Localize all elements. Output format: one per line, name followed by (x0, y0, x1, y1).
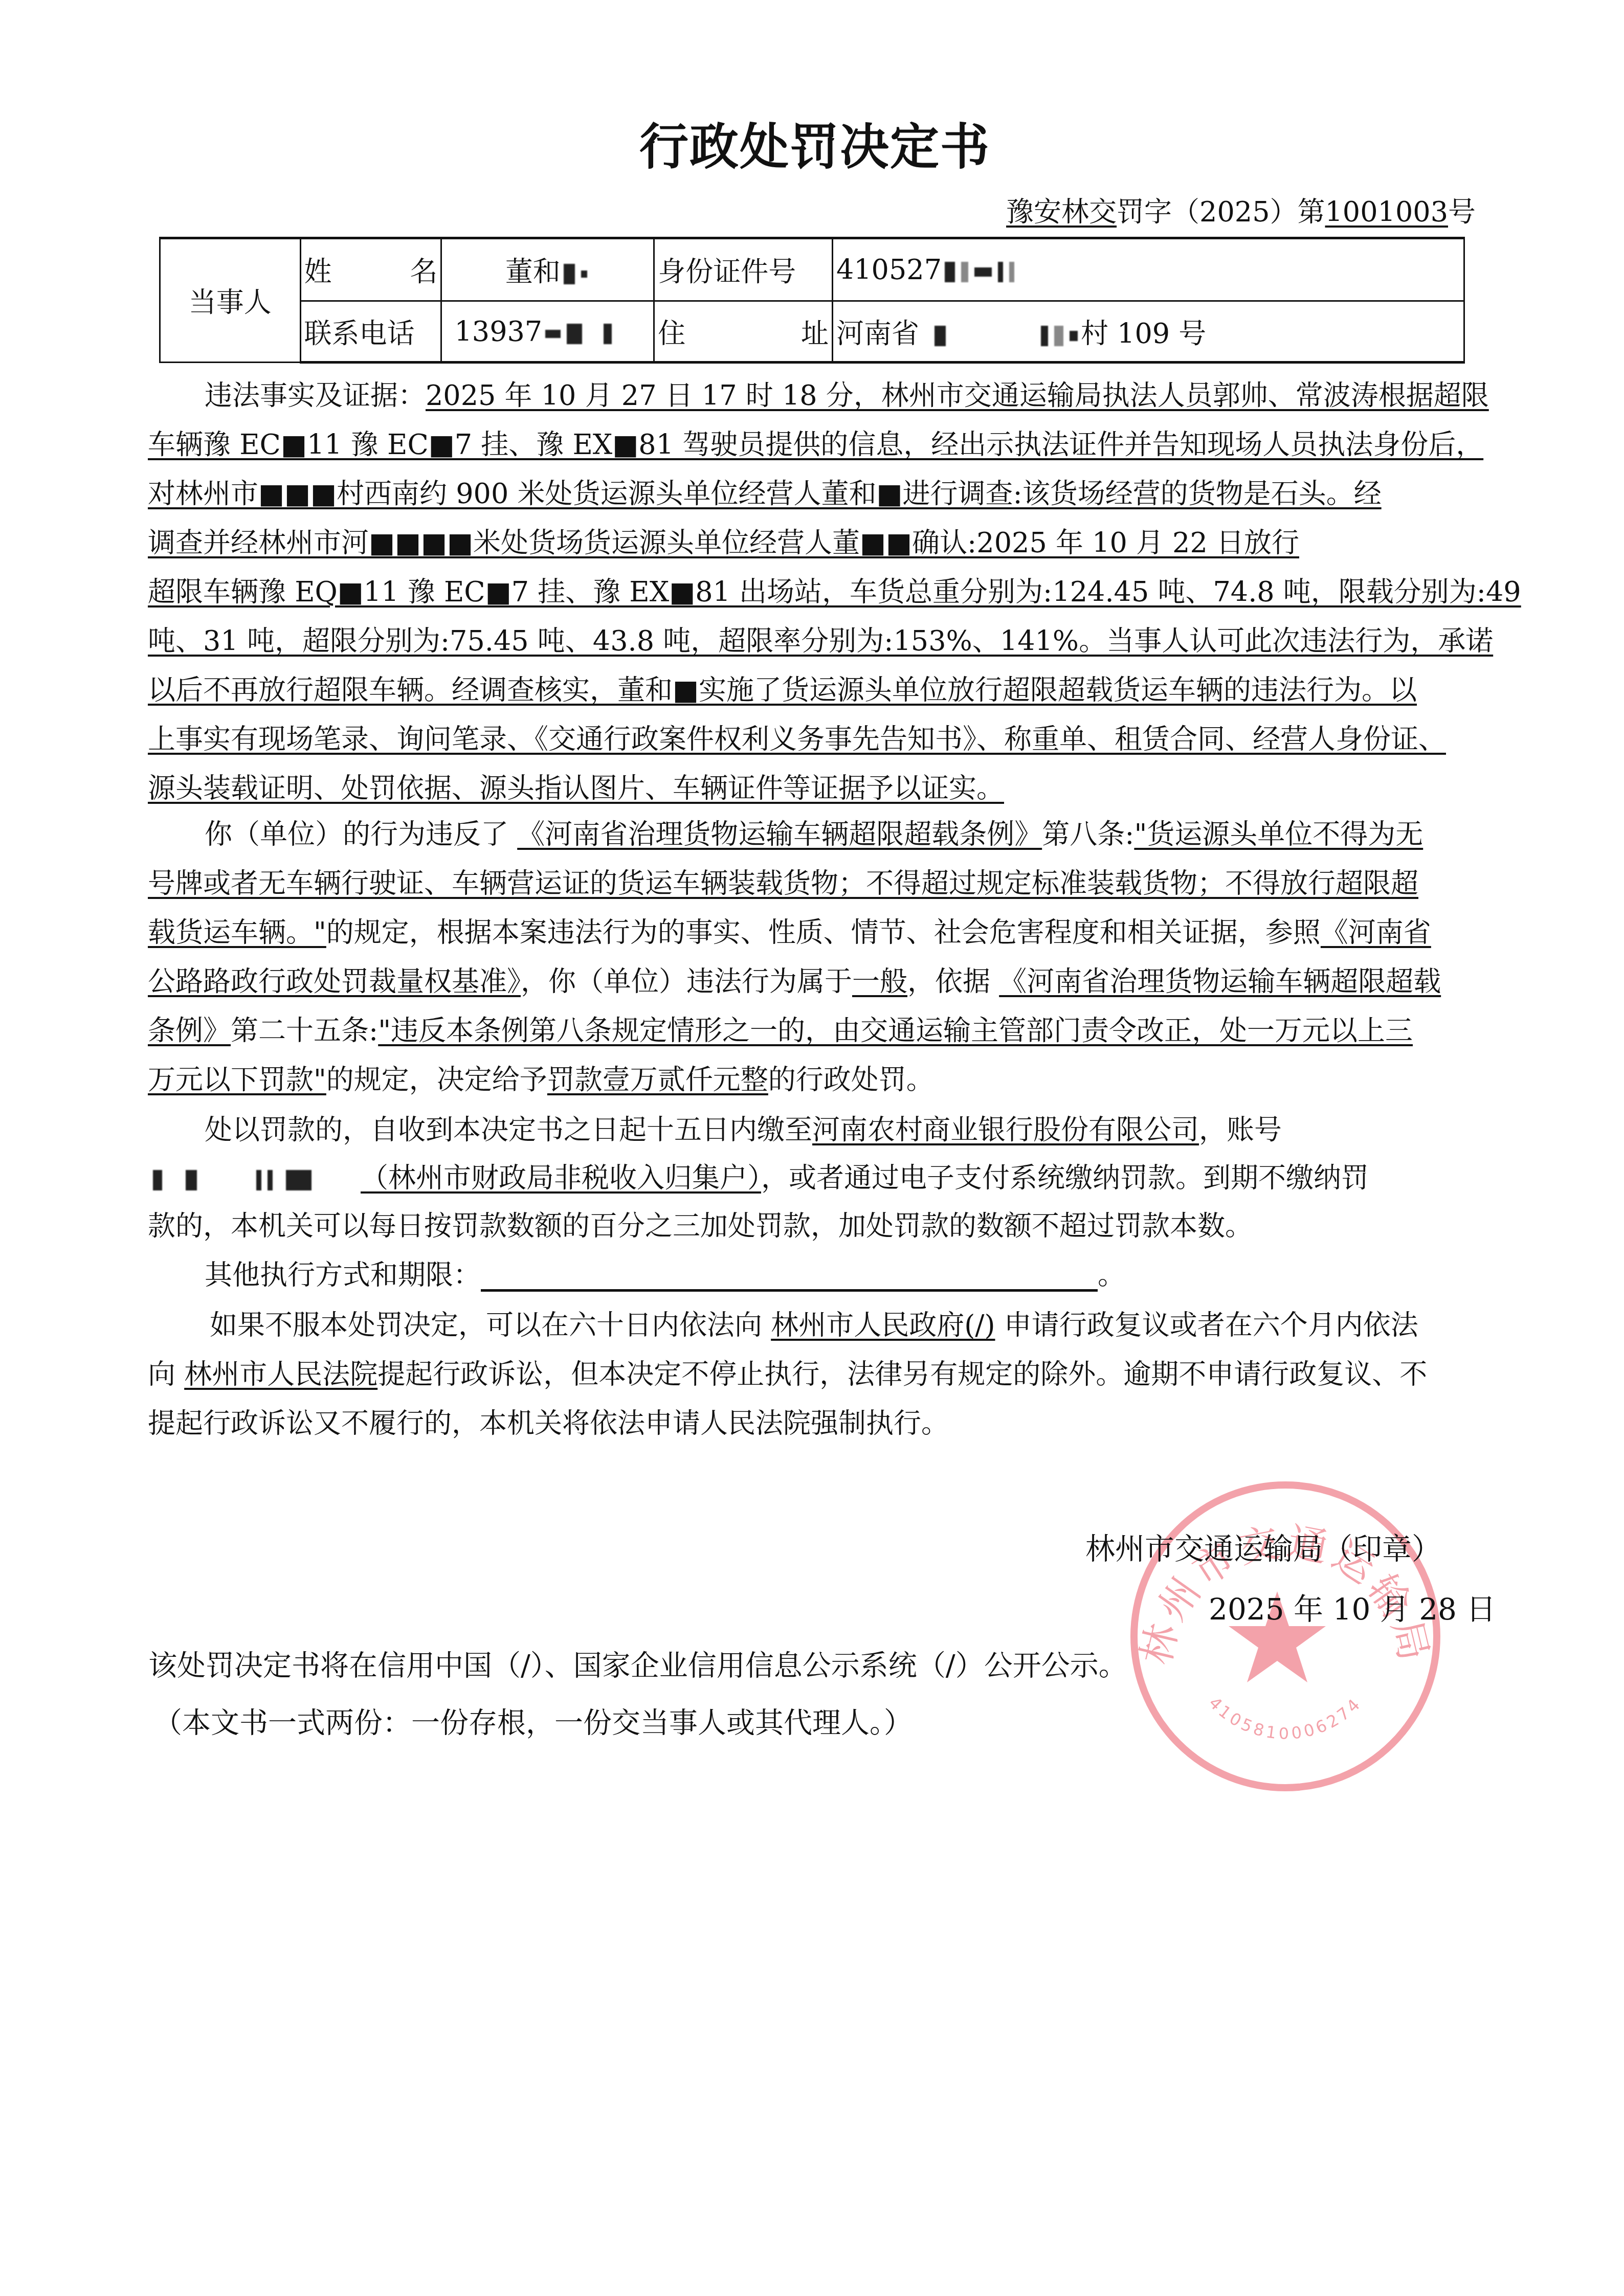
facts-text: 上事实有现场笔录、询问笔录、《交通行政案件权利义务事先告知书》、称重单、租赁合同… (148, 723, 1446, 755)
text: 第二十五条: (231, 1015, 378, 1047)
redaction-block (961, 262, 968, 282)
facts-line-7: 以后不再放行超限车辆。经调查核实，董和■实施了货运源头单位放行超限超载货运车辆的… (148, 674, 1417, 707)
text: ，或者通过电子支付系统缴纳罚款。到期不缴纳罚 (761, 1162, 1369, 1194)
facts-line-6: 吨、31 吨，超限分别为:75.45 吨、43.8 吨，超限率分别为:153%、… (148, 625, 1493, 658)
facts-text: 2025 年 10 月 27 日 17 时 18 分，林州市交通运输局执法人员郭… (426, 379, 1489, 412)
facts-line-1: 违法事实及证据：2025 年 10 月 27 日 17 时 18 分，林州市交通… (205, 379, 1489, 412)
id-value: 410527 (832, 238, 1464, 301)
facts-text: 车辆豫 EC■11 豫 EC■7 挂、豫 EX■81 驾驶员提供的信息，经出示执… (148, 429, 1483, 461)
payment-line-1: 处以罚款的，自收到本决定书之日起十五日内缴至河南农村商业银行股份有限公司，账号 (205, 1114, 1282, 1146)
redaction-block (1009, 262, 1014, 282)
facts-text: 以后不再放行超限车辆。经调查核实，董和■实施了货运源头单位放行超限超载货运车辆的… (148, 674, 1417, 706)
redaction-block (998, 262, 1003, 282)
appeal-line-1: 如果不服本处罚决定，可以在六十日内依法向 林州市人民政府(/) 申请行政复议或者… (210, 1309, 1418, 1342)
redaction-block (945, 262, 955, 282)
text: 的行政处罚。 (768, 1064, 934, 1096)
text: 。 (1098, 1259, 1125, 1291)
regulation-title: 公路路政行政处罚裁量权基准》 (148, 965, 521, 998)
redaction-block (186, 1170, 197, 1190)
text: 提起行政诉讼，但本决定不停止执行，法律另有规定的除外。逾期不申请行政复议、不 (377, 1358, 1427, 1390)
facts-line-3: 对林州市■■■村西南约 900 米处货运源头单位经营人董和■进行调查:该货场经营… (148, 478, 1382, 510)
address-label-a: 住 (658, 312, 685, 351)
facts-line-5: 超限车辆豫 EQ■11 豫 EC■7 挂、豫 EX■81 出场站，车货总重分别为… (148, 576, 1521, 609)
text: 申请行政复议或者在六个月内依法 (1004, 1309, 1418, 1341)
doc-number-middle: 罚字（2025）第 (1117, 196, 1325, 228)
phone-label: 联系电话 (300, 301, 441, 363)
doc-number-value: 1001003 (1325, 196, 1449, 228)
facts-text: 调查并经林州市河■■■■米处货场货运源头单位经营人董■■确认:2025 年 10… (148, 527, 1299, 559)
facts-line-9: 源头装载证明、处罚依据、源头指认图片、车辆证件等证据予以证实。 (148, 772, 1004, 805)
redaction-block (153, 1170, 162, 1190)
account-name: （林州市财政局非税收入归集户） (361, 1162, 761, 1194)
appeal-line-3: 提起行政诉讼又不履行的，本机关将依法申请人民法院强制执行。 (148, 1407, 949, 1440)
quoted-clause: 万元以下罚款" (148, 1064, 326, 1096)
regulation-title: 《河南省 (1321, 916, 1431, 949)
name-label-b: 名 (410, 250, 437, 289)
party-row-header: 当事人 (160, 238, 301, 363)
violation-line-3: 载货运车辆。"的规定，根据本案违法行为的事实、性质、情节、社会危害程度和相关证据… (148, 916, 1431, 949)
facts-text: 超限车辆豫 EQ■11 豫 EC■7 挂、豫 EX■81 出场站，车货总重分别为… (148, 576, 1521, 608)
address-label: 住址 (654, 301, 833, 363)
quoted-clause: "违反本条例第八条规定情形之一的，由交通运输主管部门责令改正，处一万元以上三 (378, 1015, 1413, 1047)
document-number: 豫安林交罚字（2025）第1001003号 (1006, 194, 1476, 230)
facts-line-4: 调查并经林州市河■■■■米处货场货运源头单位经营人董■■确认:2025 年 10… (148, 527, 1299, 559)
penalty-amount: 罚款壹万贰仟元整 (547, 1064, 768, 1096)
doc-number-prefix: 豫安林交 (1006, 196, 1117, 228)
redaction-block (545, 330, 561, 338)
text: 的规定，根据本案违法行为的事实、性质、情节、社会危害程度和相关证据，参照 (326, 916, 1321, 949)
address-start: 河南省 (836, 318, 919, 350)
facts-text: 对林州市■■■村西南约 900 米处货运源头单位经营人董和■进行调查:该货场经营… (148, 478, 1382, 510)
text: 向 (148, 1358, 175, 1390)
violation-severity: 一般 (852, 965, 907, 998)
other-execution-line: 其他执行方式和期限：。 (205, 1259, 1125, 1292)
other-execution-label: 其他执行方式和期限： (205, 1259, 481, 1291)
issue-date: 2025 年 10 月 28 日 (1209, 1591, 1496, 1627)
quoted-clause: 载货运车辆。" (148, 916, 326, 949)
address-label-b: 址 (801, 312, 829, 351)
text: 处以罚款的，自收到本决定书之日起十五日内缴至 (205, 1114, 812, 1146)
redaction-block (567, 324, 582, 344)
address-end: 村 109 号 (1081, 318, 1206, 350)
text: ，依据 (907, 965, 990, 998)
text: 的规定，决定给予 (326, 1064, 547, 1096)
id-text: 410527 (836, 254, 942, 286)
official-seal-icon: 林州市交通运输局 4105810006274 (1128, 1479, 1443, 1794)
facts-text: 源头装载证明、处罚依据、源头指认图片、车辆证件等证据予以证实。 (148, 772, 1004, 804)
violation-line-5: 条例》第二十五条:"违反本条例第八条规定情形之一的，由交通运输主管部门责令改正，… (148, 1015, 1413, 1047)
name-value: 董和 (441, 238, 654, 301)
regulation-title: 《河南省治理货物运输车辆超限超载条例》 (517, 818, 1042, 850)
text: 如果不服本处罚决定，可以在六十日内依法向 (210, 1309, 762, 1341)
redaction-block (268, 1170, 273, 1190)
text: 第八条: (1042, 818, 1134, 850)
payment-line-3: 款的，本机关可以每日按罚款数额的百分之三加处罚款，加处罚款的数额不超过罚款本数。 (148, 1210, 1253, 1243)
copies-note: （本文书一式两份：一份存根，一份交当事人或其代理人。） (153, 1707, 913, 1740)
regulation-title: 《河南省治理货物运输车辆超限超载 (999, 965, 1441, 998)
redaction-block (1041, 326, 1048, 346)
violation-line-6: 万元以下罚款"的规定，决定给予罚款壹万贰仟元整的行政处罚。 (148, 1064, 934, 1096)
redaction-block (1070, 331, 1078, 341)
review-authority: 林州市人民政府(/) (771, 1309, 995, 1341)
facts-label: 违法事实及证据： (205, 379, 426, 412)
regulation-title: 条例》 (148, 1015, 231, 1047)
publicity-note: 该处罚决定书将在信用中国（/）、国家企业信用信息公示系统（/）公开公示。 (148, 1650, 1127, 1682)
name-label: 姓名 (300, 238, 441, 301)
redaction-block (286, 1170, 312, 1190)
svg-text:4105810006274: 4105810006274 (1205, 1693, 1366, 1743)
violation-line-1: 你（单位）的行为违反了 《河南省治理货物运输车辆超限超载条例》第八条:"货运源头… (205, 818, 1423, 851)
phone-text: 13937 (454, 316, 542, 348)
violation-line-4: 公路路政行政处罚裁量权基准》，你（单位）违法行为属于一般，依据 《河南省治理货物… (148, 965, 1441, 998)
facts-line-2: 车辆豫 EC■11 豫 EC■7 挂、豫 EX■81 驾驶员提供的信息，经出示执… (148, 429, 1483, 461)
name-label-a: 姓 (304, 250, 332, 289)
document-title: 行政处罚决定书 (639, 119, 990, 175)
redaction-block (256, 1170, 261, 1190)
redaction-block (974, 267, 992, 277)
quoted-clause: "货运源头单位不得为无 (1134, 818, 1423, 850)
redaction-block (604, 324, 612, 344)
party-info-table: 当事人 姓名 董和 身份证件号 410527 联系电话 13937 住址 河南省… (159, 237, 1465, 364)
other-execution-blank (481, 1264, 1098, 1292)
name-text: 董和 (505, 256, 561, 288)
issuing-authority: 林州市交通运输局（印章） (1085, 1531, 1441, 1567)
text: ，你（单位）违法行为属于 (521, 965, 852, 998)
redaction-block (581, 271, 587, 278)
court-name: 林州市人民法院 (184, 1358, 377, 1390)
redaction-block (564, 264, 575, 284)
facts-line-8: 上事实有现场笔录、询问笔录、《交通行政案件权利义务事先告知书》、称重单、租赁合同… (148, 723, 1446, 756)
text: 你（单位）的行为违反了 (205, 818, 508, 850)
payment-line-2: （林州市财政局非税收入归集户），或者通过电子支付系统缴纳罚款。到期不缴纳罚 (148, 1162, 1369, 1195)
doc-number-suffix: 号 (1448, 196, 1476, 228)
address-value: 河南省村 109 号 (832, 301, 1464, 363)
id-label: 身份证件号 (654, 238, 833, 301)
redaction-block (935, 326, 946, 346)
bank-name: 河南农村商业银行股份有限公司 (812, 1114, 1199, 1146)
text: ，账号 (1199, 1114, 1282, 1146)
redaction-block (1054, 326, 1063, 346)
quoted-clause: 号牌或者无车辆行驶证、车辆营运证的货运车辆装载货物；不得超过规定标准装载货物；不… (148, 867, 1418, 899)
phone-value: 13937 (441, 301, 654, 363)
violation-line-2: 号牌或者无车辆行驶证、车辆营运证的货运车辆装载货物；不得超过规定标准装载货物；不… (148, 867, 1418, 900)
facts-text: 吨、31 吨，超限分别为:75.45 吨、43.8 吨，超限率分别为:153%、… (148, 625, 1493, 657)
appeal-line-2: 向 林州市人民法院提起行政诉讼，但本决定不停止执行，法律另有规定的除外。逾期不申… (148, 1358, 1427, 1391)
